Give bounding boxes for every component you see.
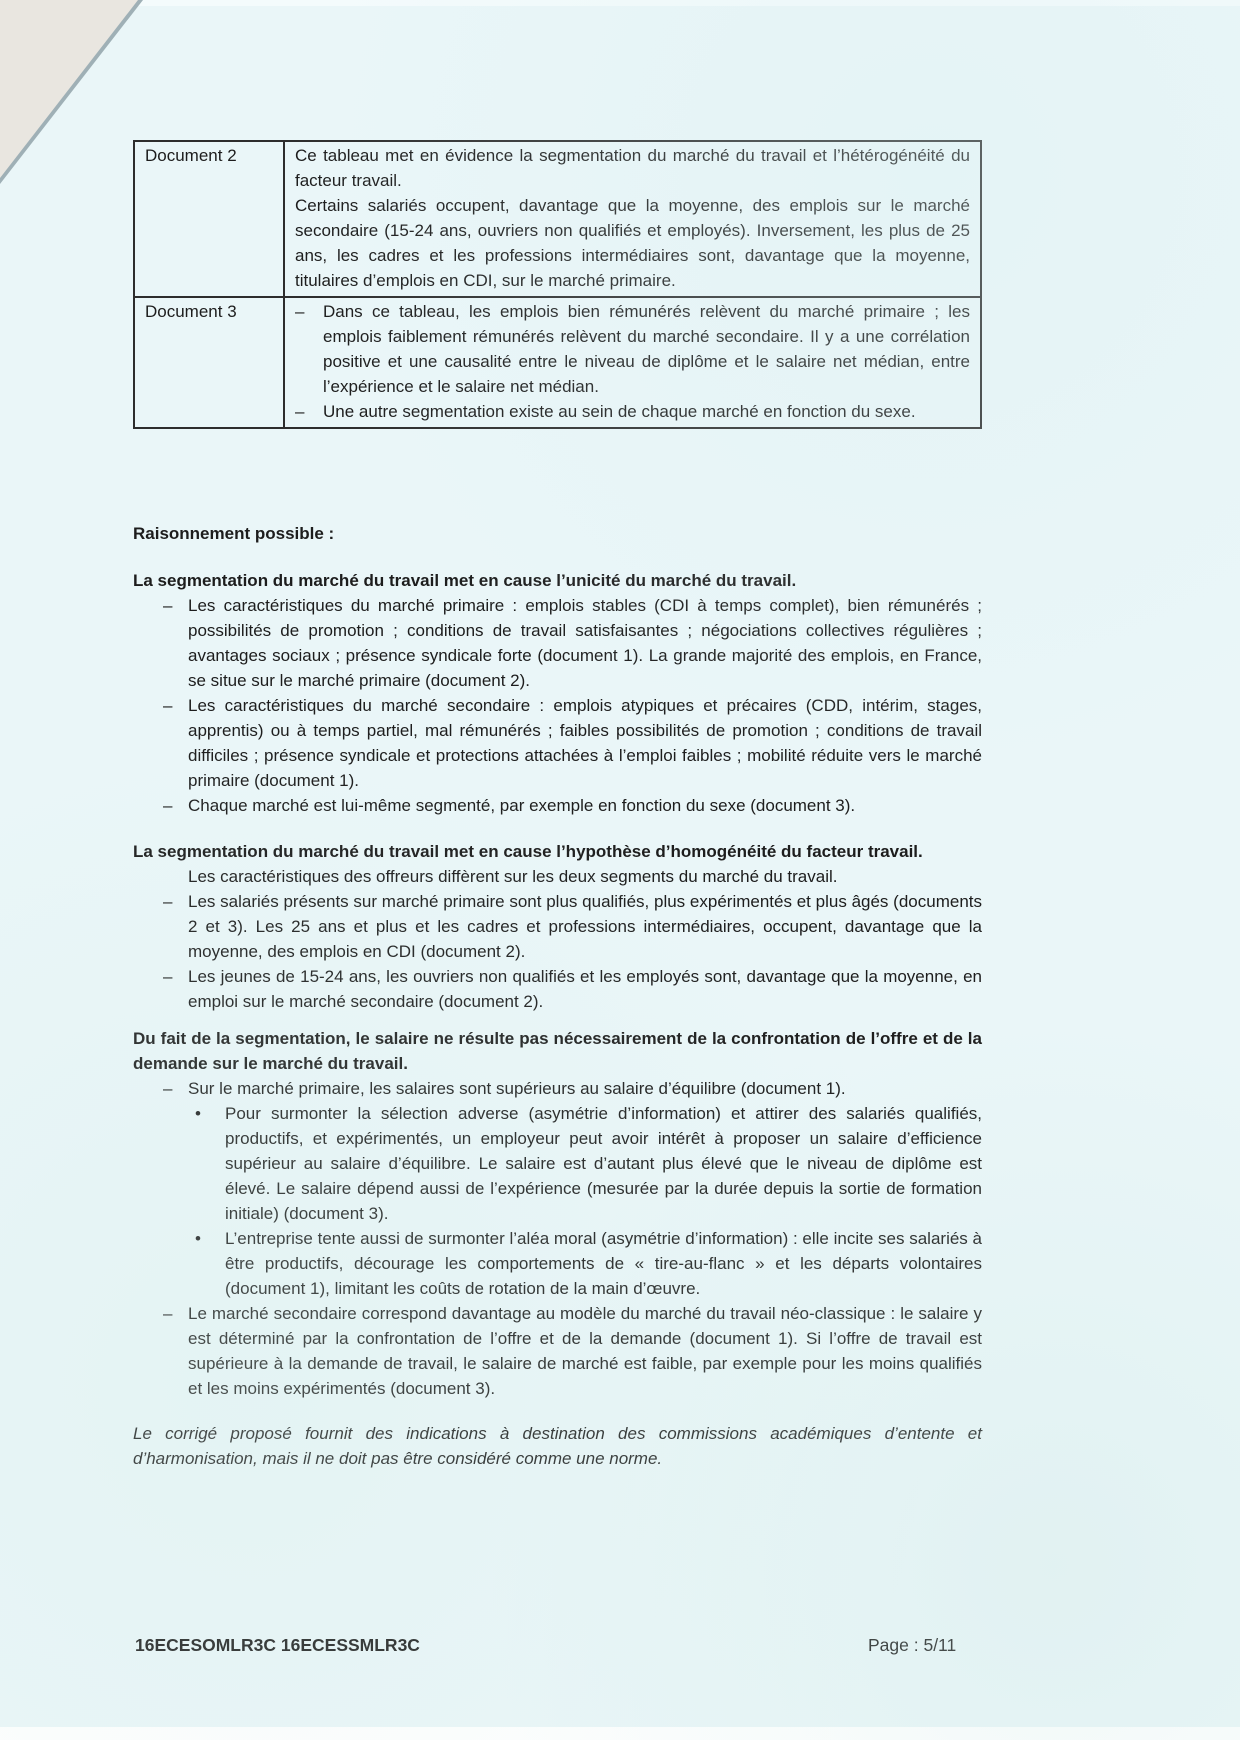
document-reference-codes: 16ECESOMLR3C 16ECESSMLR3C: [135, 1635, 420, 1656]
bullet-text: Les caractéristiques du marché secondair…: [188, 693, 982, 793]
bullet-text: Les jeunes de 15-24 ans, les ouvriers no…: [188, 964, 982, 1014]
document-3-label: Document 3: [134, 297, 284, 428]
list-item: – Chaque marché est lui-même segmenté, p…: [133, 793, 982, 818]
document-2-cell: Ce tableau met en évidence la segmentati…: [284, 141, 981, 297]
dash-marker: –: [295, 399, 323, 424]
section-salaire: Du fait de la segmentation, le salaire n…: [133, 1026, 982, 1401]
document-3-item-2: Une autre segmentation existe au sein de…: [323, 399, 970, 424]
document-2-paragraph-1: Ce tableau met en évidence la segmentati…: [295, 143, 970, 193]
list-item: – Les caractéristiques du marché seconda…: [133, 693, 982, 793]
dash-marker: –: [163, 693, 188, 793]
dash-marker: –: [295, 299, 323, 399]
sub-list-item: • Pour surmonter la sélection adverse (a…: [133, 1101, 982, 1226]
list-item: – Les salariés présents sur marché prima…: [133, 889, 982, 964]
bullet-text: Les salariés présents sur marché primair…: [188, 889, 982, 964]
dash-marker: –: [163, 793, 188, 818]
list-item: – Les caractéristiques du marché primair…: [133, 593, 982, 693]
list-item: – Le marché secondaire correspond davant…: [133, 1301, 982, 1401]
reasoning-heading: Raisonnement possible :: [133, 521, 982, 546]
table-row-document-2: Document 2 Ce tableau met en évidence la…: [134, 141, 981, 297]
bullet-text: Le marché secondaire correspond davantag…: [188, 1301, 982, 1401]
section-heading: La segmentation du marché du travail met…: [133, 839, 982, 864]
bullet-text: Chaque marché est lui-même segmenté, par…: [188, 793, 855, 818]
section-lead: Les caractéristiques des offreurs diffèr…: [133, 864, 982, 889]
scan-top-edge: [0, 0, 1240, 6]
dash-marker: –: [163, 889, 188, 964]
section-unicite: La segmentation du marché du travail met…: [133, 568, 982, 818]
page-number: Page : 5/11: [868, 1635, 956, 1656]
dash-marker: –: [163, 1076, 188, 1101]
list-item: – Une autre segmentation existe au sein …: [295, 399, 970, 424]
document-2-label: Document 2: [134, 141, 284, 297]
scanned-page: Document 2 Ce tableau met en évidence la…: [0, 0, 1240, 1740]
table-row-document-3: Document 3 – Dans ce tableau, les emploi…: [134, 297, 981, 428]
dash-marker: –: [163, 964, 188, 1014]
list-item: – Dans ce tableau, les emplois bien rému…: [295, 299, 970, 399]
section-homogeneite: La segmentation du marché du travail met…: [133, 839, 982, 1014]
dash-marker: –: [163, 593, 188, 693]
list-item: – Les jeunes de 15-24 ans, les ouvriers …: [133, 964, 982, 1014]
list-item: – Sur le marché primaire, les salaires s…: [133, 1076, 982, 1101]
sub-list-item: • L’entreprise tente aussi de surmonter …: [133, 1226, 982, 1301]
documents-table: Document 2 Ce tableau met en évidence la…: [133, 140, 982, 429]
dot-marker: •: [195, 1226, 225, 1301]
page-content: Document 2 Ce tableau met en évidence la…: [133, 140, 982, 1471]
section-heading: Du fait de la segmentation, le salaire n…: [133, 1026, 982, 1076]
closing-note: Le corrigé proposé fournit des indicatio…: [133, 1421, 982, 1471]
bullet-text: Sur le marché primaire, les salaires son…: [188, 1076, 846, 1101]
bullet-text: Les caractéristiques du marché primaire …: [188, 593, 982, 693]
section-heading: La segmentation du marché du travail met…: [133, 568, 982, 593]
scan-bottom-edge: [0, 1727, 1240, 1740]
sub-bullet-text: Pour surmonter la sélection adverse (asy…: [225, 1101, 982, 1226]
dot-marker: •: [195, 1101, 225, 1226]
document-3-cell: – Dans ce tableau, les emplois bien rému…: [284, 297, 981, 428]
sub-bullet-text: L’entreprise tente aussi de surmonter l’…: [225, 1226, 982, 1301]
document-3-item-1: Dans ce tableau, les emplois bien rémuné…: [323, 299, 970, 399]
dash-marker: –: [163, 1301, 188, 1401]
document-2-paragraph-2: Certains salariés occupent, davantage qu…: [295, 193, 970, 293]
